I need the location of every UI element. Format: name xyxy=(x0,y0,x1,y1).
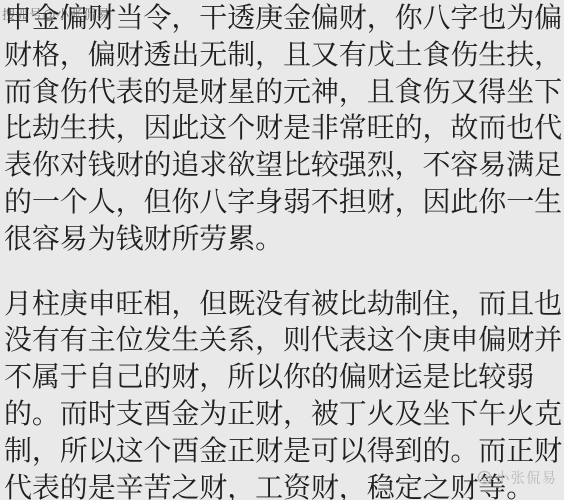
text-line: 的。而时支酉金为正财，被丁火及坐下午火克 xyxy=(4,396,564,433)
watermark-sohu-account: 搜狐号@小张侃易 xyxy=(2,4,110,23)
text-line: 的一个人，但你八字身弱不担财，因此你一生 xyxy=(4,184,564,221)
article-screenshot: 搜狐号@小张侃易 申金偏财当令，干透庚金偏财，你八字也为偏财格，偏财透出无制，且… xyxy=(0,0,564,500)
paragraph-wealth-analysis: 申金偏财当令，干透庚金偏财，你八字也为偏财格，偏财透出无制，且又有戊土食伤生扶，… xyxy=(4,0,564,258)
text-line: 没有有主位发生关系，则代表这个庚申偏财并 xyxy=(4,322,564,359)
text-line: 不属于自己的财，所以你的偏财运是比较弱 xyxy=(4,359,564,396)
text-line: 财格，偏财透出无制，且又有戊土食伤生扶， xyxy=(4,37,564,74)
watermark-author-label: 小张侃易 xyxy=(495,467,557,488)
text-line: 制，所以这个酉金正财是可以得到的。而正财 xyxy=(4,433,564,470)
text-line: 月柱庚申旺相，但既没有被比劫制住，而且也 xyxy=(4,286,564,323)
article-body: 申金偏财当令，干透庚金偏财，你八字也为偏财格，偏财透出无制，且又有戊土食伤生扶，… xyxy=(4,0,564,500)
text-line: 表你对钱财的追求欲望比较强烈，不容易满足 xyxy=(4,147,564,184)
text-line: 比劫生扶，因此这个财是非常旺的，故而也代 xyxy=(4,110,564,147)
text-line: 很容易为钱财所劳累。 xyxy=(4,221,564,258)
watermark-author: 小张侃易 xyxy=(477,467,557,488)
logo-badge-icon xyxy=(477,470,492,485)
text-line: 而食伤代表的是财星的元神，且食伤又得坐下 xyxy=(4,74,564,111)
